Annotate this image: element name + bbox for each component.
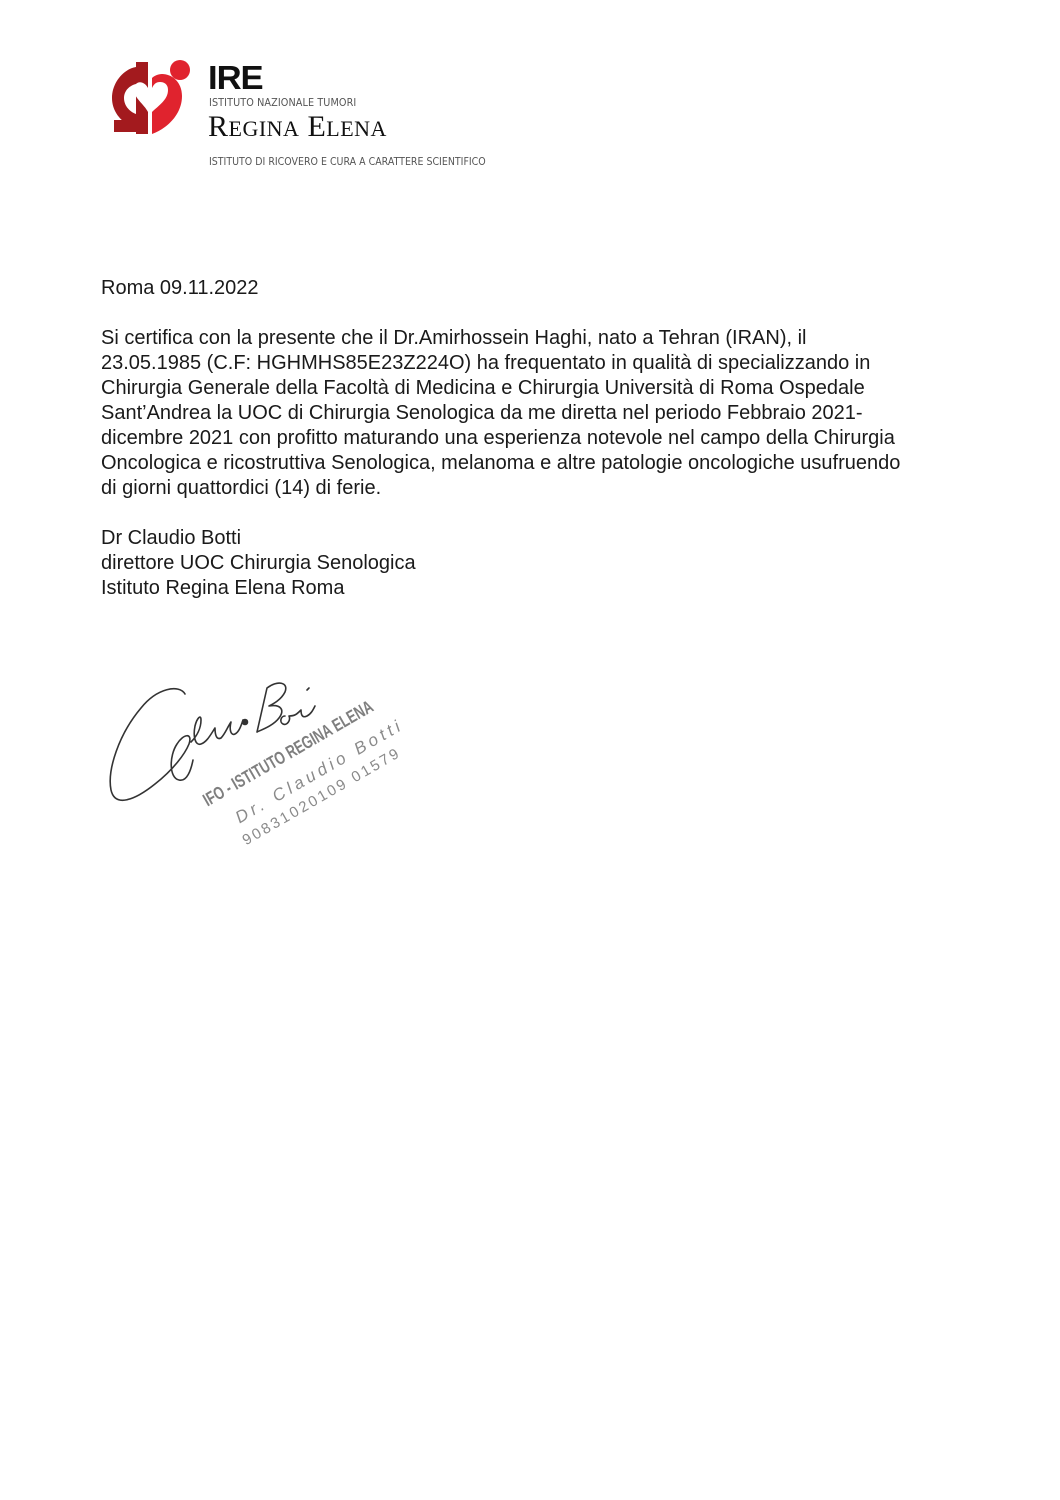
letter-body: Roma 09.11.2022 Si certifica con la pres… — [101, 276, 981, 601]
signatory-name: Dr Claudio Botti — [101, 526, 981, 551]
paragraph-line: di giorni quattordici (14) di ferie. — [101, 476, 981, 501]
logo-acronym: IRE — [208, 60, 263, 96]
letter-date: Roma 09.11.2022 — [101, 276, 981, 301]
paragraph-line: 23.05.1985 (C.F: HGHMHS85E23Z224O) ha fr… — [101, 351, 981, 376]
signatory-institution: Istituto Regina Elena Roma — [101, 576, 981, 601]
paragraph-line: Si certifica con la presente che il Dr.A… — [101, 326, 981, 351]
institute-tagline: ISTITUTO DI RICOVERO E CURA A CARATTERE … — [209, 156, 486, 168]
ire-heart-logo-icon — [108, 58, 196, 140]
paragraph-line: Chirurgia Generale della Facoltà di Medi… — [101, 376, 981, 401]
institute-name: REGINA ELENA — [208, 111, 387, 145]
paragraph-line: Oncologica e ricostruttiva Senologica, m… — [101, 451, 981, 476]
institution-stamp: IFO - ISTITUTO REGINA ELENA Dr. Claudio … — [196, 690, 426, 840]
paragraph-line: Sant’Andrea la UOC di Chirurgia Senologi… — [101, 401, 981, 426]
institute-logo: IRE ISTITUTO NAZIONALE TUMORI REGINA ELE… — [108, 58, 538, 178]
signatory-block: Dr Claudio Botti direttore UOC Chirurgia… — [101, 526, 981, 601]
certification-paragraph: Si certifica con la presente che il Dr.A… — [101, 326, 981, 501]
paragraph-line: dicembre 2021 con profitto maturando una… — [101, 426, 981, 451]
institute-line: ISTITUTO NAZIONALE TUMORI — [209, 97, 356, 109]
signatory-role: direttore UOC Chirurgia Senologica — [101, 551, 981, 576]
